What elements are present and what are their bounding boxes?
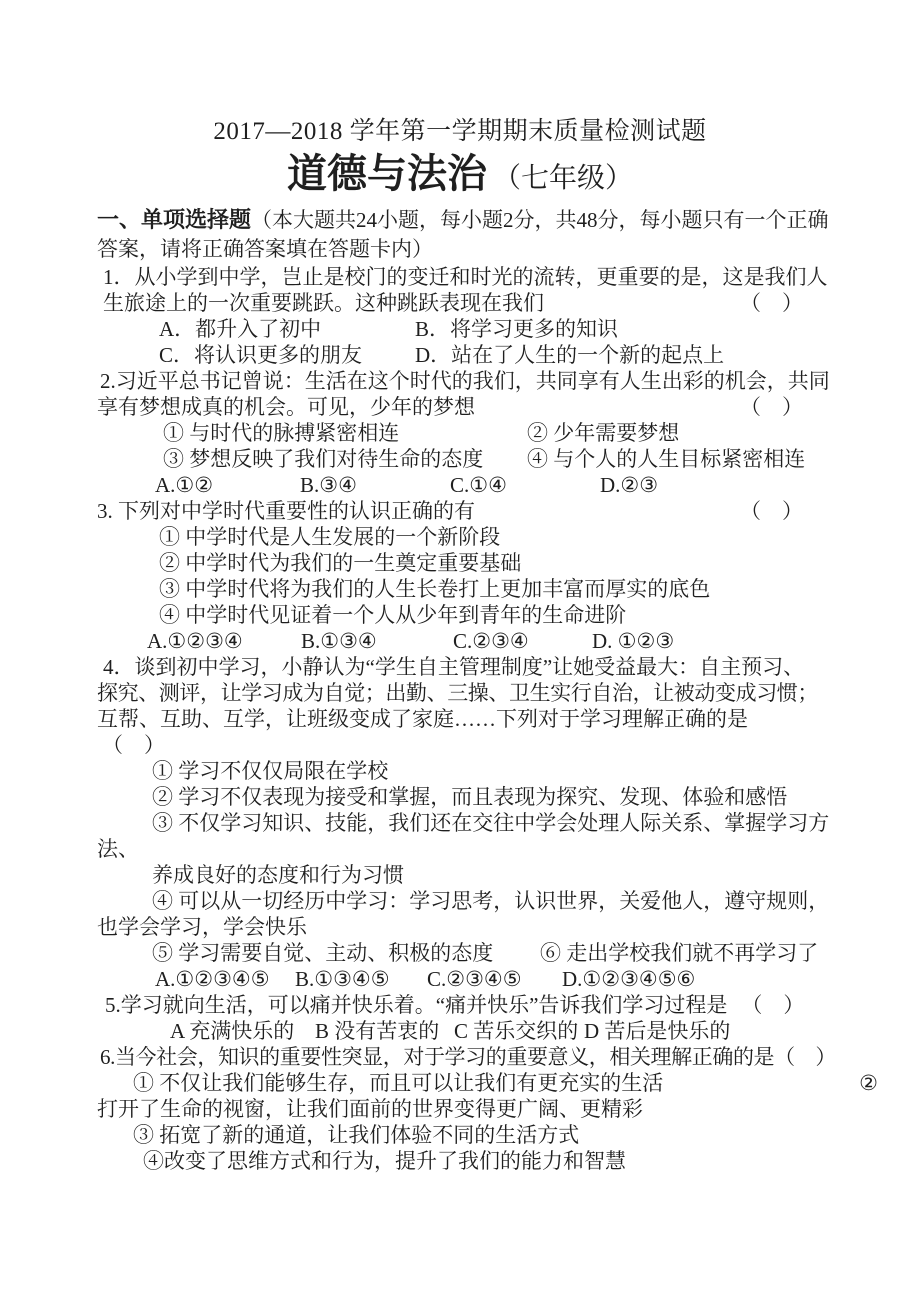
q1-stem-line1: 1．从小学到中学，岂止是校门的变迁和时光的流转，更重要的是，这是我们人 — [97, 264, 823, 290]
exam-paper-page: 2017—2018 学年第一学期期末质量检测试题 道德与法治（七年级） 一、单项… — [0, 0, 920, 1302]
q1-stem-line2: 生旅途上的一次重要跳跃。这种跳跃表现在我们 （ ） — [97, 290, 823, 316]
q4-stem-line3: 互帮、互助、互学，让班级变成了家庭……下列对于学习理解正确的是 — [97, 706, 823, 732]
q3-answer-d: D. ①②③ — [592, 629, 674, 653]
q2-answer-a: A.①② — [155, 472, 300, 498]
q4-item-4-line2: 也学会学习，学会快乐 — [97, 914, 823, 940]
question-5: 5.学习就向生活，可以痛并快乐着。“痛并快乐”告诉我们学习过程是（ ） A 充满… — [97, 992, 823, 1044]
q5-stem-text: 5.学习就向生活，可以痛并快乐着。“痛并快乐”告诉我们学习过程是 — [105, 993, 727, 1017]
q4-answer-d: D.①②③④⑤⑥ — [562, 967, 695, 991]
q6-item-1: ① 不仅让我们能够生存，而且可以让我们有更充实的生活 ② — [97, 1070, 823, 1096]
q6-stem-text: 6.当今社会，知识的重要性突显，对于学习的重要意义，相关理解正确的是 — [100, 1045, 774, 1069]
q3-item-1: ① 中学时代是人生发展的一个新阶段 — [97, 524, 823, 550]
question-4: 4．谈到初中学习，小静认为“学生自主管理制度”让她受益最大：自主预习、 探究、测… — [97, 654, 823, 992]
q2-item-2: ② 少年需要梦想 — [527, 421, 679, 445]
q4-item-2: ② 学习不仅表现为接受和掌握，而且表现为探究、发现、体验和感悟 — [97, 784, 823, 810]
q2-items-row2: ③ 梦想反映了我们对待生命的态度④ 与个人的人生目标紧密相连 — [97, 446, 823, 472]
q4-answer-c: C.②③④⑤ — [427, 966, 562, 992]
q5-answer-d: D 苦后是快乐的 — [584, 1019, 730, 1043]
subject-title: 道德与法治（七年级） — [0, 148, 920, 205]
question-6: 6.当今社会，知识的重要性突显，对于学习的重要意义，相关理解正确的是（ ） ① … — [97, 1044, 823, 1174]
q6-item-2-marker: ② — [859, 1070, 878, 1096]
q4-stem-line2: 探究、测评，让学习成为自觉；出勤、三操、卫生实行自治，让被动变成习惯； — [97, 680, 823, 706]
q2-answer-bracket: （ ） — [740, 394, 803, 420]
q4-answer-bracket-line: （ ） — [97, 732, 823, 758]
q1-option-a: A．都升入了初中 — [159, 316, 415, 342]
q1-option-c: C．将认识更多的朋友 — [159, 342, 415, 368]
q2-items-row1: ① 与时代的脉搏紧密相连② 少年需要梦想 — [97, 420, 823, 446]
section-heading-line1: 一、单项选择题（本大题共24小题，每小题2分，共48分，每小题只有一个正确 — [97, 205, 823, 235]
q2-answer-d: D.②③ — [600, 473, 658, 497]
q1-option-d: D．站在了人生的一个新的起点上 — [415, 343, 724, 367]
q2-answer-b: B.③④ — [300, 472, 450, 498]
q4-answer-a: A.①②③④⑤ — [155, 966, 295, 992]
q1-options-row1: A．都升入了初中B．将学习更多的知识 — [97, 316, 823, 342]
exam-body: 一、单项选择题（本大题共24小题，每小题2分，共48分，每小题只有一个正确 答案… — [97, 205, 823, 1174]
q4-item-1: ① 学习不仅仅局限在学校 — [97, 758, 823, 784]
q2-stem-line2: 享有梦想成真的机会。可见，少年的梦想 （ ） — [97, 394, 823, 420]
q5-answer-a: A 充满快乐的 — [170, 1018, 315, 1044]
q3-stem: 3. 下列对中学时代重要性的认识正确的有 （ ） — [97, 498, 823, 524]
question-1: 1．从小学到中学，岂止是校门的变迁和时光的流转，更重要的是，这是我们人 生旅途上… — [97, 264, 823, 368]
q4-item-3-line3: 养成良好的态度和行为习惯 — [97, 862, 823, 888]
q6-item-2-text: 打开了生命的视窗，让我们面前的世界变得更广阔、更精彩 — [97, 1096, 823, 1122]
section-instructions-part1: （本大题共24小题，每小题2分，共48分，每小题只有一个正确 — [251, 208, 829, 232]
q6-stem: 6.当今社会，知识的重要性突显，对于学习的重要意义，相关理解正确的是（ ） — [97, 1044, 823, 1070]
q3-answer-b: B.①③④ — [301, 628, 453, 654]
exam-session-title: 2017—2018 学年第一学期期末质量检测试题 — [0, 116, 920, 148]
q4-answer-b: B.①③④⑤ — [295, 966, 427, 992]
q4-item-3-line2: 法、 — [97, 836, 823, 862]
q5-answers-row: A 充满快乐的B 没有苦衷的C 苦乐交织的D 苦后是快乐的 — [97, 1018, 823, 1044]
q4-item-6: ⑥ 走出学校我们就不再学习了 — [540, 941, 818, 965]
q2-answer-c: C.①④ — [450, 472, 600, 498]
question-3: 3. 下列对中学时代重要性的认识正确的有 （ ） ① 中学时代是人生发展的一个新… — [97, 498, 823, 654]
q1-option-b: B．将学习更多的知识 — [415, 317, 618, 341]
q3-item-3: ③ 中学时代将为我们的人生长卷打上更加丰富而厚实的底色 — [97, 576, 823, 602]
q1-stem-line2-text: 生旅途上的一次重要跳跃。这种跳跃表现在我们 — [103, 291, 544, 315]
q4-item-3-line1: ③ 不仅学习知识、技能，我们还在交往中学会处理人际关系、掌握学习方 — [97, 810, 823, 836]
q4-item-5: ⑤ 学习需要自觉、主动、积极的态度 — [152, 940, 540, 966]
grade-label: （七年级） — [493, 163, 633, 194]
q4-stem-line1: 4．谈到初中学习，小静认为“学生自主管理制度”让她受益最大：自主预习、 — [97, 654, 823, 680]
q3-stem-text: 3. 下列对中学时代重要性的认识正确的有 — [97, 499, 475, 523]
q3-answers-row: A.①②③④B.①③④C.②③④D. ①②③ — [97, 628, 823, 654]
q2-answers-row: A.①②B.③④C.①④D.②③ — [97, 472, 823, 498]
q5-answer-b: B 没有苦衷的 — [315, 1018, 454, 1044]
q6-answer-bracket: （ ） — [774, 1045, 836, 1069]
q6-item-1-text: ① 不仅让我们能够生存，而且可以让我们有更充实的生活 — [133, 1071, 663, 1095]
q3-answer-bracket: （ ） — [740, 498, 803, 524]
q3-item-4: ④ 中学时代见证着一个人从少年到青年的生命进阶 — [97, 602, 823, 628]
q3-answer-a: A.①②③④ — [147, 628, 301, 654]
q5-stem: 5.学习就向生活，可以痛并快乐着。“痛并快乐”告诉我们学习过程是（ ） — [97, 992, 823, 1018]
section-heading-line2: 答案，请将正确答案填在答题卡内） — [97, 235, 823, 264]
q2-stem-line1: 2.习近平总书记曾说：生活在这个时代的我们，共同享有人生出彩的机会，共同 — [97, 368, 823, 394]
q6-item-3: ③ 拓宽了新的通道，让我们体验不同的生活方式 — [97, 1122, 823, 1148]
q5-answer-bracket: （ ） — [741, 993, 804, 1017]
q5-answer-c: C 苦乐交织的 — [454, 1018, 584, 1044]
q2-item-1: ① 与时代的脉搏紧密相连 — [163, 420, 527, 446]
q6-item-4: ④改变了思维方式和行为，提升了我们的能力和智慧 — [97, 1148, 823, 1174]
q4-items-5-6-row: ⑤ 学习需要自觉、主动、积极的态度⑥ 走出学校我们就不再学习了 — [97, 940, 823, 966]
q2-item-3: ③ 梦想反映了我们对待生命的态度 — [163, 446, 527, 472]
question-2: 2.习近平总书记曾说：生活在这个时代的我们，共同享有人生出彩的机会，共同 享有梦… — [97, 368, 823, 498]
q4-item-4-line1: ④ 可以从一切经历中学习：学习思考，认识世界，关爱他人，遵守规则， — [97, 888, 823, 914]
q1-answer-bracket: （ ） — [740, 290, 803, 316]
subject-name: 道德与法治 — [287, 151, 487, 196]
q2-item-4: ④ 与个人的人生目标紧密相连 — [527, 447, 805, 471]
q4-answers-row: A.①②③④⑤B.①③④⑤C.②③④⑤D.①②③④⑤⑥ — [97, 966, 823, 992]
q3-answer-c: C.②③④ — [453, 628, 592, 654]
q2-stem-line2-text: 享有梦想成真的机会。可见，少年的梦想 — [97, 395, 475, 419]
q3-item-2: ② 中学时代为我们的一生奠定重要基础 — [97, 550, 823, 576]
section-label: 一、单项选择题 — [97, 207, 251, 232]
q1-options-row2: C．将认识更多的朋友D．站在了人生的一个新的起点上 — [97, 342, 823, 368]
